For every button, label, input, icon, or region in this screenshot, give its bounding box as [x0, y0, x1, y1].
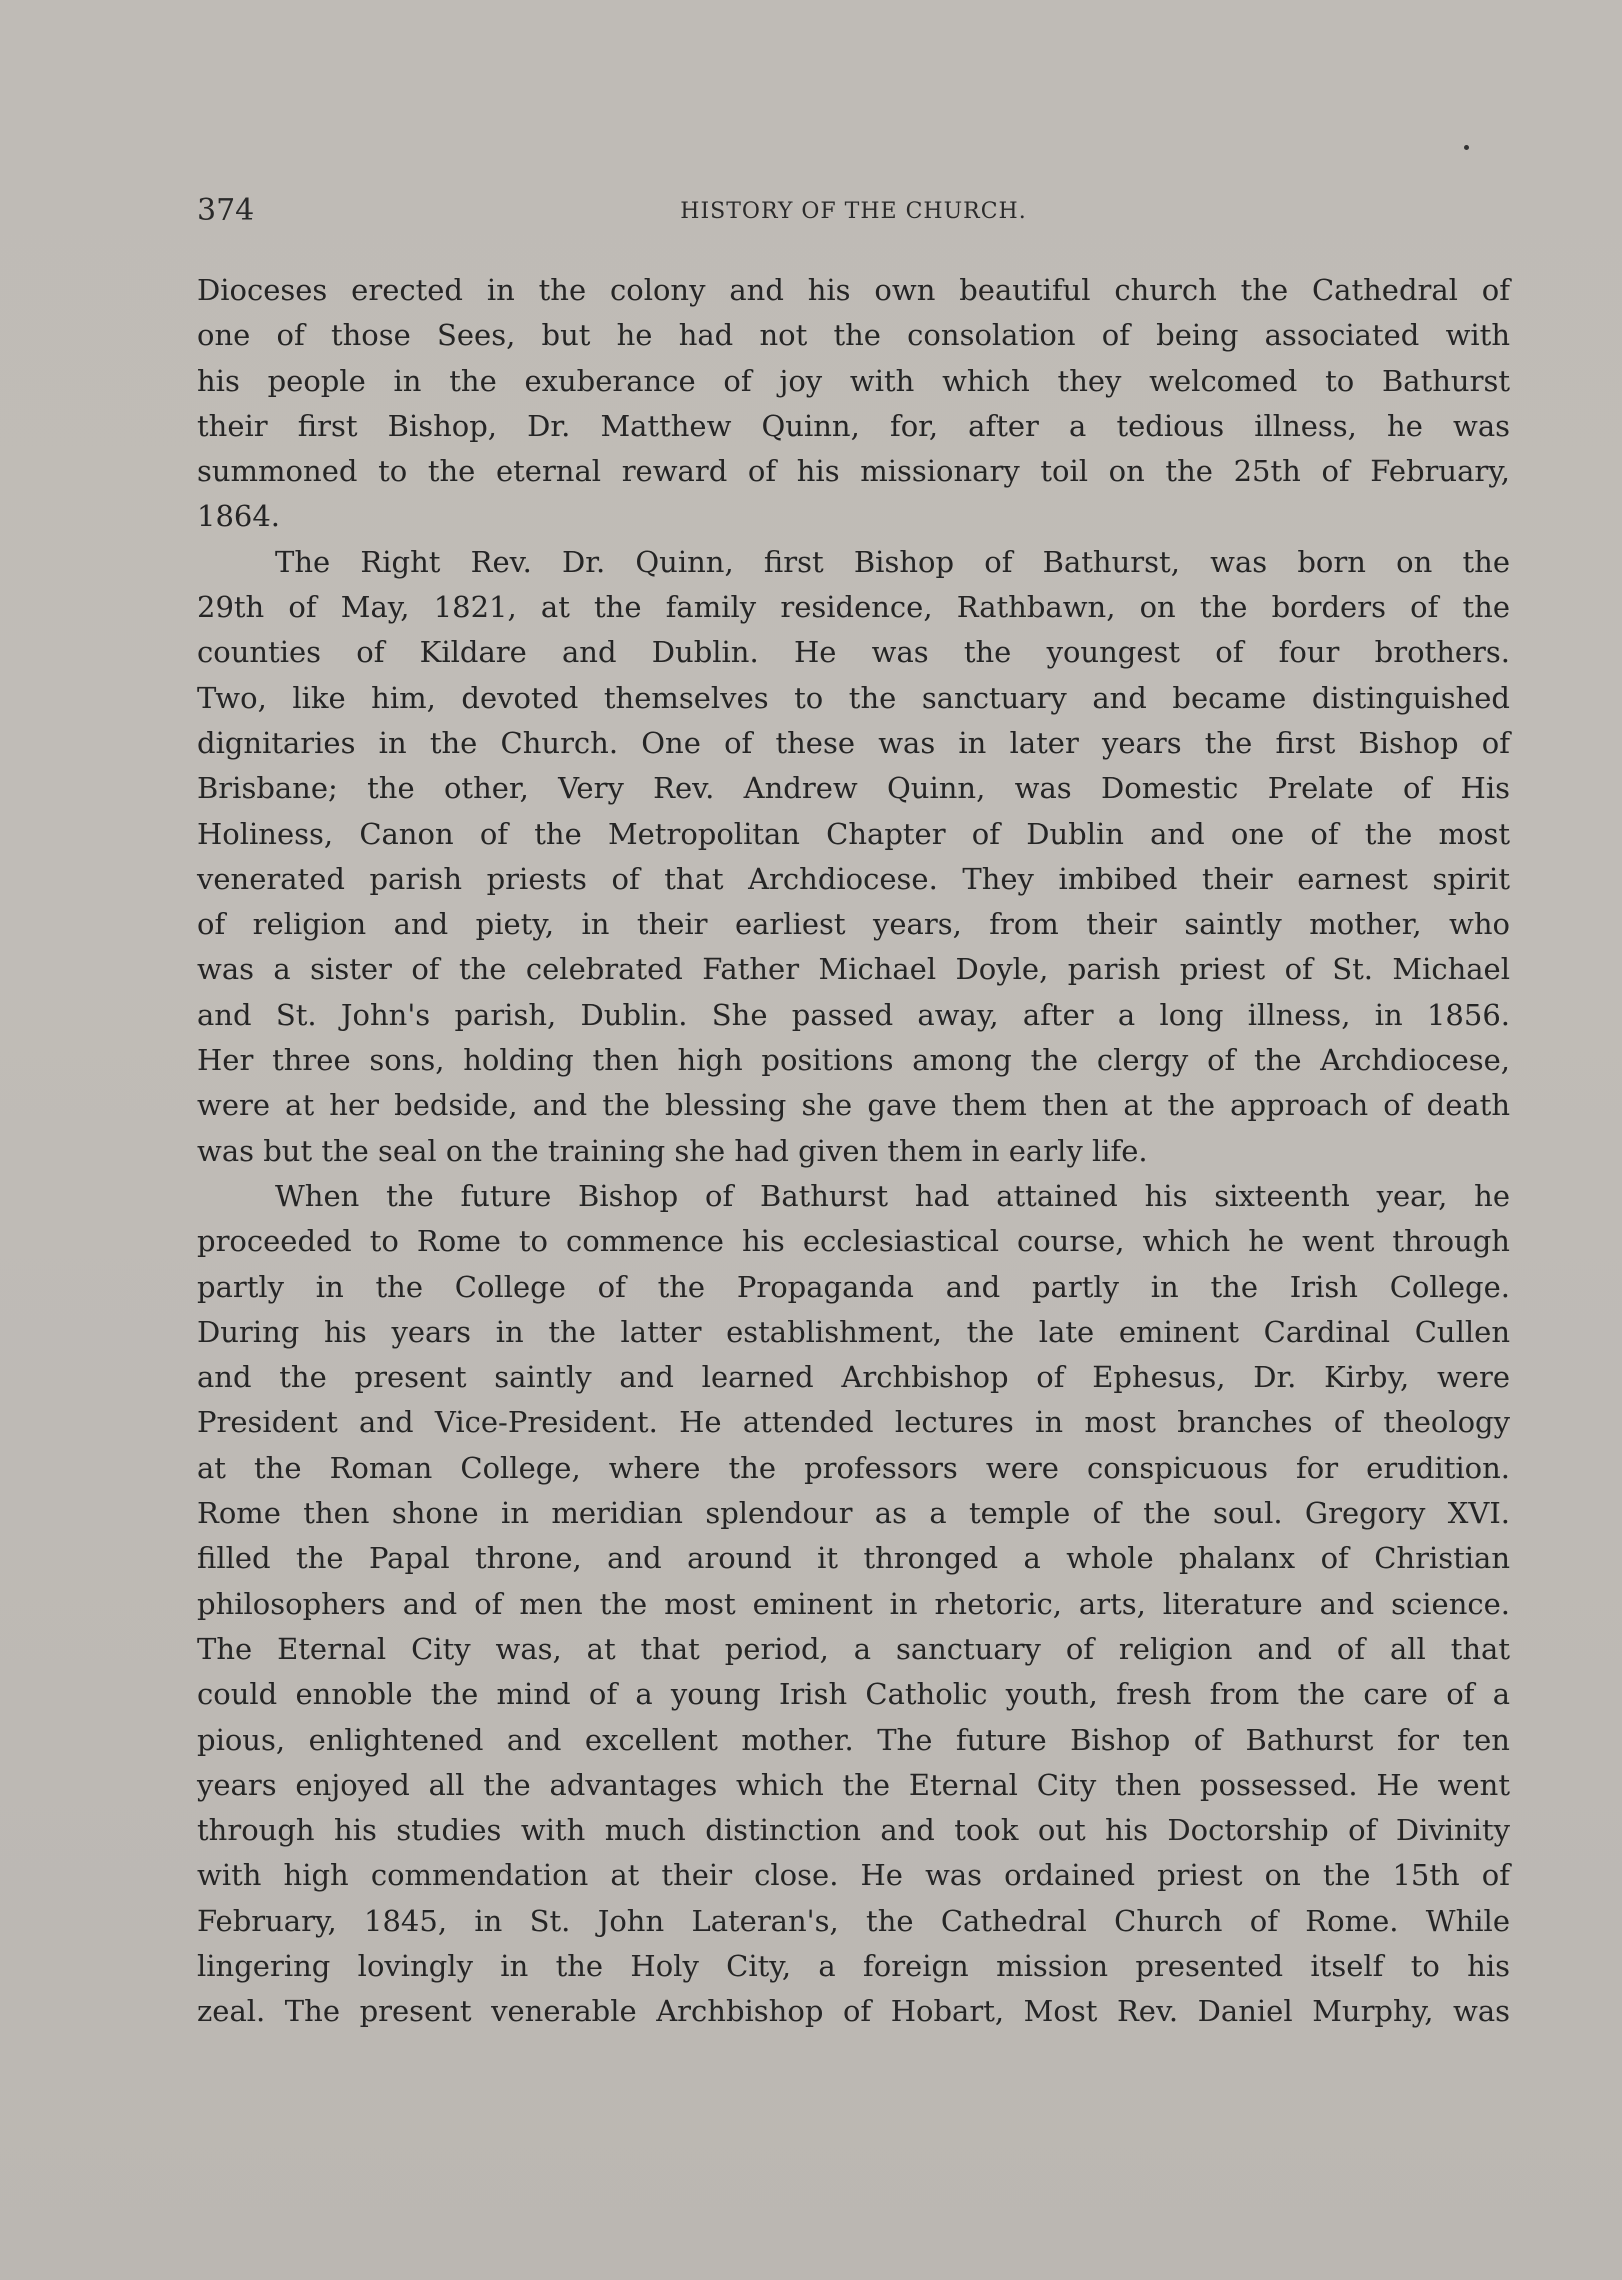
- text-line: 29th of May, 1821, at the family residen…: [197, 585, 1510, 630]
- text-line: his people in the exuberance of joy with…: [197, 359, 1510, 404]
- stray-ink-dot: [1464, 145, 1469, 150]
- text-line: Her three sons, holding then high positi…: [197, 1038, 1510, 1083]
- running-title: HISTORY OF THE CHURCH.: [197, 197, 1510, 227]
- text-line: philosophers and of men the most eminent…: [197, 1582, 1510, 1627]
- text-line: Holiness, Canon of the Metropolitan Chap…: [197, 812, 1510, 857]
- text-line: Brisbane; the other, Very Rev. Andrew Qu…: [197, 766, 1510, 811]
- text-line: were at her bedside, and the blessing sh…: [197, 1083, 1510, 1128]
- text-line: During his years in the latter establish…: [197, 1310, 1510, 1355]
- text-line: zeal. The present venerable Archbishop o…: [197, 1989, 1510, 2034]
- text-line: through his studies with much distinctio…: [197, 1808, 1510, 1853]
- text-line: pious, enlightened and excellent mother.…: [197, 1718, 1510, 1763]
- paragraph: The Right Rev. Dr. Quinn, first Bishop o…: [197, 540, 1510, 1174]
- text-line: could ennoble the mind of a young Irish …: [197, 1672, 1510, 1717]
- text-line: proceeded to Rome to commence his eccles…: [197, 1219, 1510, 1264]
- text-line: 1864.: [197, 494, 1510, 539]
- text-line: Two, like him, devoted themselves to the…: [197, 676, 1510, 721]
- text-line: partly in the College of the Propaganda …: [197, 1265, 1510, 1310]
- text-line: venerated parish priests of that Archdio…: [197, 857, 1510, 902]
- text-line: summoned to the eternal reward of his mi…: [197, 449, 1510, 494]
- text-line: filled the Papal throne, and around it t…: [197, 1536, 1510, 1581]
- text-line: February, 1845, in St. John Lateran's, t…: [197, 1899, 1510, 1944]
- paragraph: Dioceses erected in the colony and his o…: [197, 268, 1510, 540]
- text-line: and St. John's parish, Dublin. She passe…: [197, 993, 1510, 1038]
- text-line: The Right Rev. Dr. Quinn, first Bishop o…: [197, 540, 1510, 585]
- text-line: When the future Bishop of Bathurst had a…: [197, 1174, 1510, 1219]
- text-line: their first Bishop, Dr. Matthew Quinn, f…: [197, 404, 1510, 449]
- text-line: was but the seal on the training she had…: [197, 1129, 1510, 1174]
- running-head: 374 HISTORY OF THE CHURCH.: [197, 193, 1510, 229]
- text-line: President and Vice-President. He attende…: [197, 1400, 1510, 1445]
- text-line: and the present saintly and learned Arch…: [197, 1355, 1510, 1400]
- text-line: Dioceses erected in the colony and his o…: [197, 268, 1510, 313]
- text-line: one of those Sees, but he had not the co…: [197, 313, 1510, 358]
- text-line: The Eternal City was, at that period, a …: [197, 1627, 1510, 1672]
- text-line: was a sister of the celebrated Father Mi…: [197, 947, 1510, 992]
- text-line: of religion and piety, in their earliest…: [197, 902, 1510, 947]
- text-line: dignitaries in the Church. One of these …: [197, 721, 1510, 766]
- text-line: with high commendation at their close. H…: [197, 1853, 1510, 1898]
- text-line: Rome then shone in meridian splendour as…: [197, 1491, 1510, 1536]
- text-line: lingering lovingly in the Holy City, a f…: [197, 1944, 1510, 1989]
- body-text: Dioceses erected in the colony and his o…: [197, 268, 1510, 2035]
- text-line: at the Roman College, where the professo…: [197, 1446, 1510, 1491]
- text-line: years enjoyed all the advantages which t…: [197, 1763, 1510, 1808]
- paragraph: When the future Bishop of Bathurst had a…: [197, 1174, 1510, 2035]
- text-line: counties of Kildare and Dublin. He was t…: [197, 630, 1510, 675]
